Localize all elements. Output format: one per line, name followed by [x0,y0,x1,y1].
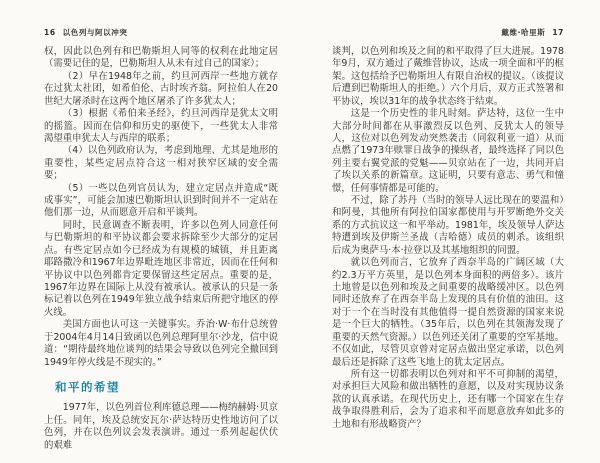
paragraph: 美国方面也认可这一关键事实。乔治·W·布什总统曾于2004年4月14日致函以色列… [44,319,278,369]
paragraph: （4）以色列政府认为，考虑到地理、尤其是地形的重要性，某些定居点符合这一相对狭窄… [44,145,278,182]
paragraph: （5）一些以色列官员认为，建立定居点并造成“既成事实”，可能会加速巴勒斯坦认识到… [44,183,278,220]
paragraph: 不过，除了苏丹（当时的领导人远比现在的要温和）和阿曼，其他所有阿拉伯国家都使用与… [332,195,564,257]
right-page-body: 谈判，以色列和埃及之间的和平取得了巨大进展。1978年9月，双方通过了戴维营协议… [332,46,564,431]
left-page-number: 16 [44,28,56,37]
right-page-number: 17 [552,28,564,37]
paragraph: 这是一个历史性的非凡时刻。萨达特，这位一生中大部分时间都在从事激烈反以色列、反犹… [332,108,564,195]
left-page-body: 权，因此以色列有和巴勒斯坦人同等的权利在此地定居（需要记住的是，巴勒斯坦人从未有… [44,46,278,452]
paragraph: 就以色列而言，它放弃了西奈半岛的广阔区域（大约2.3万平方英里，是以色列本身面积… [332,257,564,369]
left-page-running-head: 16以色列与阿以冲突 [44,27,127,38]
paragraph: 所有这一切都表明以色列对和平不可抑制的渴望，对承担巨大风险和做出牺牲的意愿，以及… [332,369,564,431]
paragraph: 权，因此以色列有和巴勒斯坦人同等的权利在此地定居（需要记住的是，巴勒斯坦人从未有… [44,46,278,71]
paragraph: （2）早在1948年之前，约旦河西岸一些地方就存在过犹太社团，如希伯伦、古时埃齐… [44,71,278,108]
paragraph: 谈判，以色列和埃及之间的和平取得了巨大进展。1978年9月，双方通过了戴维营协议… [332,46,564,108]
left-running-title: 以色列与阿以冲突 [63,28,128,37]
paragraph: 同时，民意调查不断表明，许多以色列人同意任何与巴勒斯坦的和平协议都会要求拆除至少… [44,220,278,319]
paragraph: 1977年，以色列首位利库德总理——梅纳赫姆·贝京上任。同年，埃及总统安瓦尔·萨… [44,402,278,452]
right-running-title: 戴维·哈里斯 [501,28,545,37]
right-page-running-head: 戴维·哈里斯17 [332,27,564,38]
book-spread: 16以色列与阿以冲突 戴维·哈里斯17 权，因此以色列有和巴勒斯坦人同等的权利在… [0,0,600,463]
section-heading: 和平的希望 [44,381,278,393]
paragraph: （3）根据《希伯来圣经》，约旦河西岸是犹太文明的摇篮。因而在信仰和历史的驱使下，… [44,108,278,145]
